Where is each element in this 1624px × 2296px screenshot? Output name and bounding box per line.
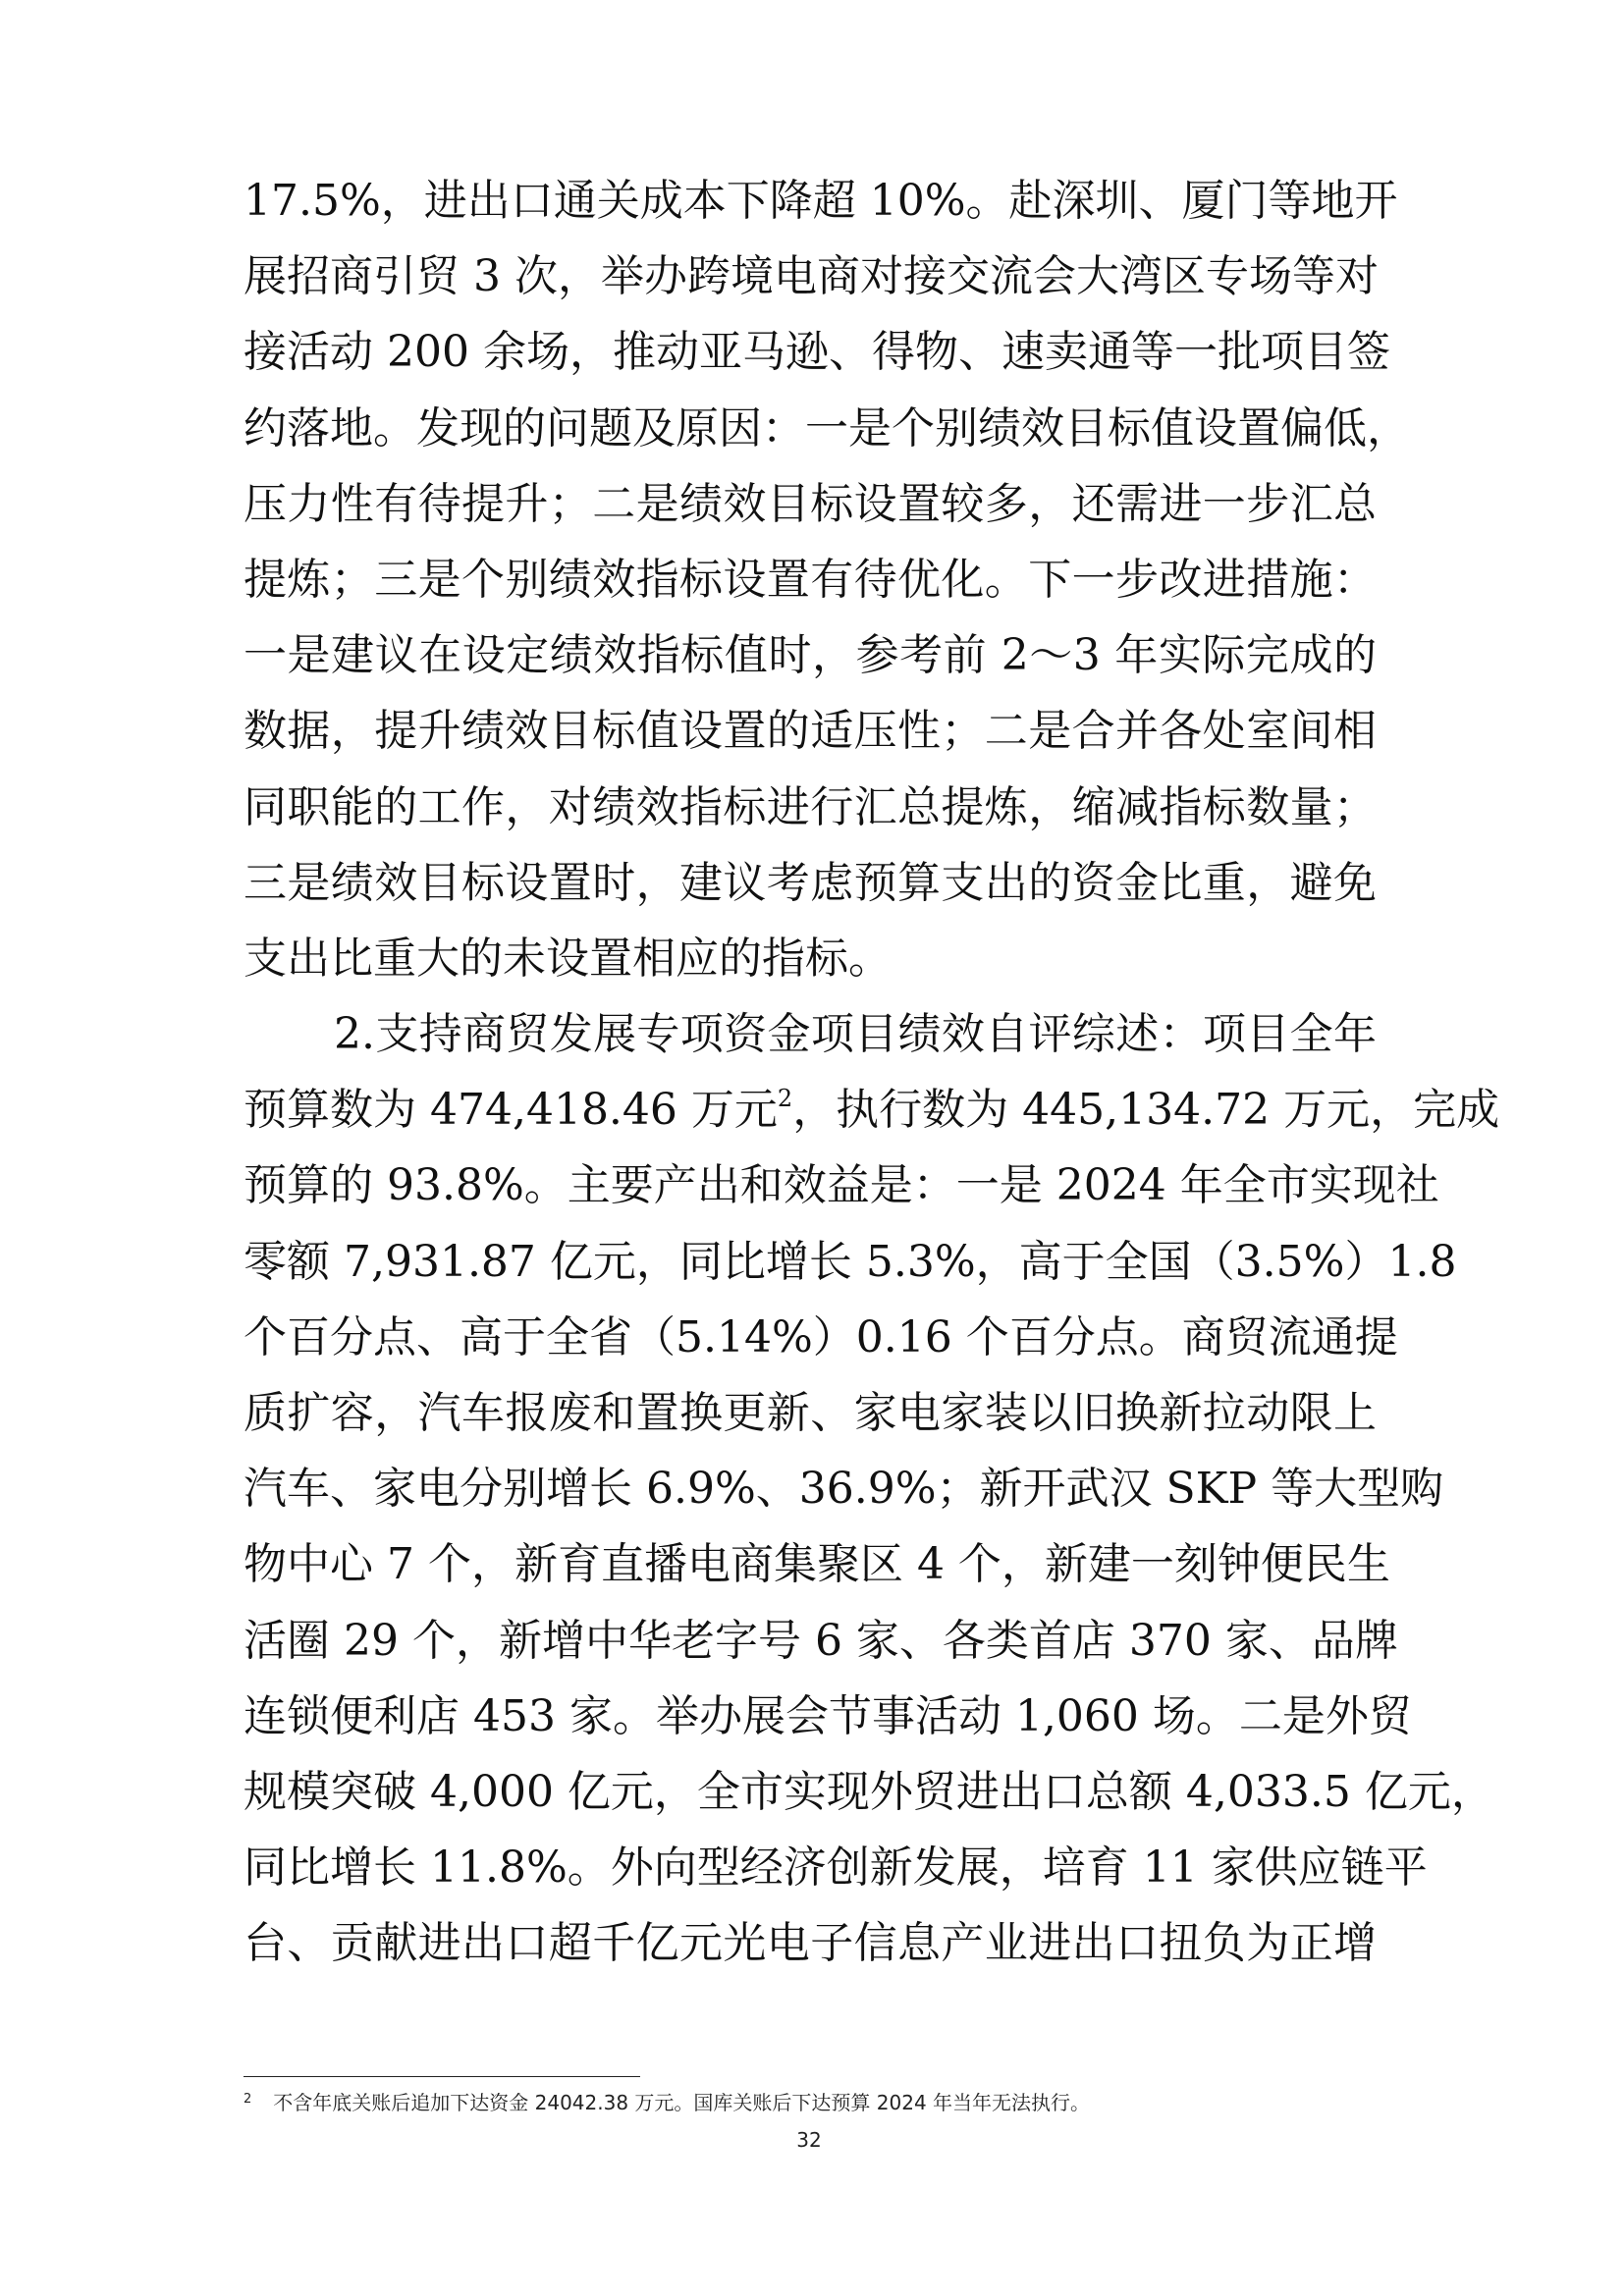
footnote-text: 不含年底关账后追加下达资金 24042.38 万元。国库关账后下达预算 2024… bbox=[273, 2091, 1090, 2114]
text-line: 质扩容，汽车报废和置换更新、家电家装以旧换新拉动限上 bbox=[244, 1375, 1377, 1451]
page-number-text: 32 bbox=[796, 2128, 821, 2152]
footnote: 2不含年底关账后追加下达资金 24042.38 万元。国库关账后下达预算 202… bbox=[244, 2087, 1422, 2115]
text-line: 展招商引贸 3 次，举办跨境电商对接交流会大湾区专场等对 bbox=[244, 239, 1377, 314]
text-line: 支出比重大的未设置相应的指标。 bbox=[244, 921, 1377, 996]
page-number: 32 bbox=[0, 2128, 1624, 2152]
text-line: 台、贡献进出口超千亿元光电子信息产业进出口扭负为正增 bbox=[244, 1905, 1377, 1981]
text-segment: 预算数为 474,418.46 万元 bbox=[244, 1085, 778, 1135]
section-heading-line: 2.支持商贸发展专项资金项目绩效自评综述：项目全年 bbox=[244, 996, 1377, 1072]
text-line: 约落地。发现的问题及原因：一是个别绩效目标值设置偏低， bbox=[244, 391, 1377, 466]
text-line: 压力性有待提升；二是绩效目标设置较多，还需进一步汇总 bbox=[244, 466, 1377, 542]
text-segment: ，执行数为 445,134.72 万元，完成 bbox=[792, 1085, 1499, 1135]
text-line: 个百分点、高于全省（5.14%）0.16 个百分点。商贸流通提 bbox=[244, 1300, 1377, 1375]
footnote-reference[interactable]: 2 bbox=[778, 1085, 792, 1112]
text-line: 三是绩效目标设置时，建议考虑预算支出的资金比重，避免 bbox=[244, 845, 1377, 921]
text-line: 活圈 29 个，新增中华老字号 6 家、各类首店 370 家、品牌 bbox=[244, 1603, 1377, 1679]
text-line: 规模突破 4,000 亿元，全市实现外贸进出口总额 4,033.5 亿元， bbox=[244, 1754, 1377, 1830]
text-line: 汽车、家电分别增长 6.9%、36.9%；新开武汉 SKP 等大型购 bbox=[244, 1451, 1377, 1526]
text-line-with-footnote: 预算数为 474,418.46 万元2，执行数为 445,134.72 万元，完… bbox=[244, 1072, 1377, 1148]
body-text: 17.5%，进出口通关成本下降超 10%。赴深圳、厦门等地开 展招商引贸 3 次… bbox=[244, 163, 1377, 1982]
document-page: 17.5%，进出口通关成本下降超 10%。赴深圳、厦门等地开 展招商引贸 3 次… bbox=[0, 0, 1624, 2296]
text-line: 物中心 7 个，新育直播电商集聚区 4 个，新建一刻钟便民生 bbox=[244, 1526, 1377, 1602]
text-line: 17.5%，进出口通关成本下降超 10%。赴深圳、厦门等地开 bbox=[244, 163, 1377, 239]
text-line: 零额 7,931.87 亿元，同比增长 5.3%，高于全国（3.5%）1.8 bbox=[244, 1224, 1377, 1300]
text-line: 预算的 93.8%。主要产出和效益是：一是 2024 年全市实现社 bbox=[244, 1148, 1377, 1223]
text-line: 数据，提升绩效目标值设置的适压性；二是合并各处室间相 bbox=[244, 693, 1377, 769]
text-line: 同比增长 11.8%。外向型经济创新发展，培育 11 家供应链平 bbox=[244, 1830, 1377, 1905]
footnote-mark: 2 bbox=[244, 2092, 251, 2107]
text-line: 一是建议在设定绩效指标值时，参考前 2～3 年实际完成的 bbox=[244, 617, 1377, 693]
footnote-divider bbox=[244, 2076, 640, 2077]
text-line: 提炼；三是个别绩效指标设置有待优化。下一步改进措施： bbox=[244, 542, 1377, 617]
text-line: 连锁便利店 453 家。举办展会节事活动 1,060 场。二是外贸 bbox=[244, 1679, 1377, 1754]
text-line: 同职能的工作，对绩效指标进行汇总提炼，缩减指标数量； bbox=[244, 770, 1377, 845]
text-line: 接活动 200 余场，推动亚马逊、得物、速卖通等一批项目签 bbox=[244, 314, 1377, 390]
